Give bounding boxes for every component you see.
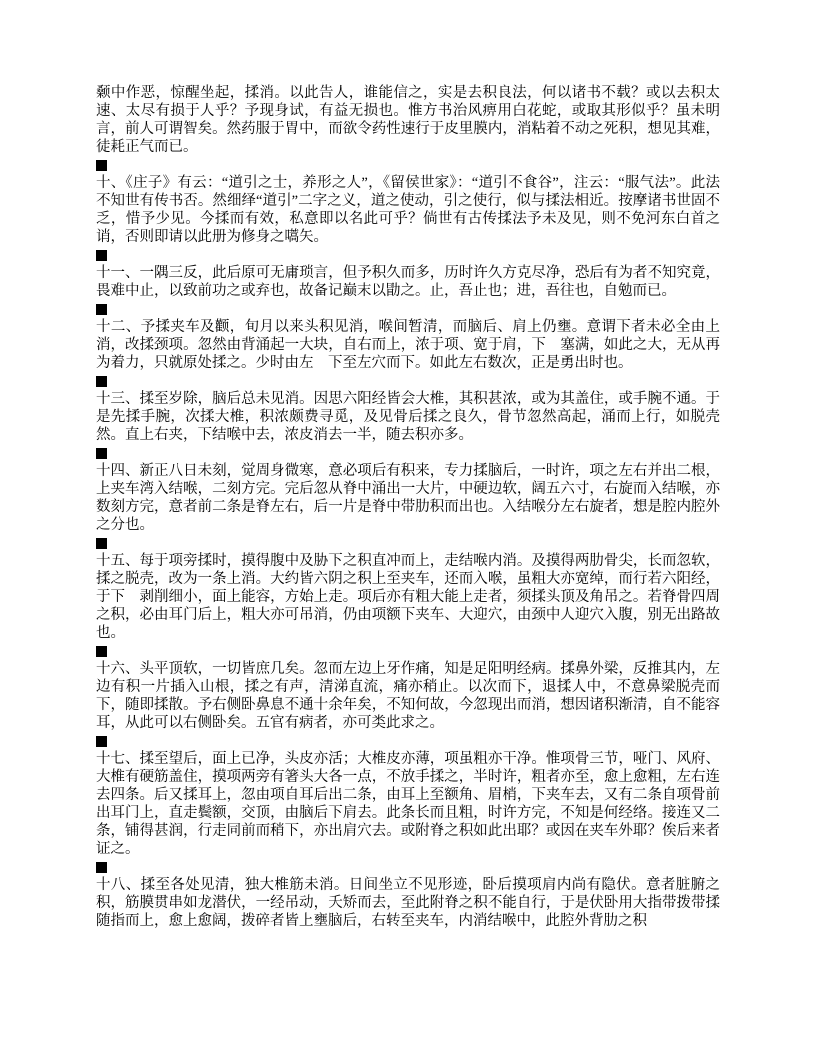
- section-break-square-icon: [96, 538, 107, 549]
- section-separator: [96, 642, 720, 660]
- document-page: 颡中作恶，惊醒坐起，揉消。以此告人，谁能信之，实是去积良法，何以诸书不载？或以去…: [0, 0, 816, 1056]
- section-break-square-icon: [96, 304, 107, 315]
- section-separator: [96, 858, 720, 876]
- paragraph: 十七、揉至望后，面上已净，头皮亦活；大椎皮亦薄，项虽粗亦干净。惟项骨三节，哑门、…: [96, 750, 720, 858]
- paragraph: 十二、予揉夹车及颧，旬月以来头积见消，喉间暂清，而脑后、肩上仍壅。意谓下者未必全…: [96, 318, 720, 372]
- section-break-square-icon: [96, 862, 107, 873]
- section-break-square-icon: [96, 646, 107, 657]
- section-break-square-icon: [96, 448, 107, 459]
- paragraph: 十四、新正八日未刻，觉周身微寒，意必项后有积来，专力揉脑后，一时许，项之左右并出…: [96, 462, 720, 534]
- section-separator: [96, 372, 720, 390]
- paragraph: 十一、一隅三反，此后原可无庸琐言，但予积久而多，历时许久方克尽净，恐后有为者不知…: [96, 264, 720, 300]
- paragraph: 十五、每于项旁揉时，摸得腹中及胁下之积直冲而上，走结喉内消。及摸得两肋骨尖，长而…: [96, 552, 720, 642]
- paragraph: 十八、揉至各处见清，独大椎筋未消。日间坐立不见形迹，卧后摸项肩内尚有隐伏。意者脏…: [96, 876, 720, 930]
- section-break-square-icon: [96, 250, 107, 261]
- section-break-square-icon: [96, 376, 107, 387]
- section-separator: [96, 156, 720, 174]
- document-content: 颡中作恶，惊醒坐起，揉消。以此告人，谁能信之，实是去积良法，何以诸书不载？或以去…: [96, 84, 720, 930]
- section-separator: [96, 300, 720, 318]
- section-separator: [96, 732, 720, 750]
- section-separator: [96, 246, 720, 264]
- section-separator: [96, 534, 720, 552]
- section-break-square-icon: [96, 736, 107, 747]
- section-separator: [96, 444, 720, 462]
- paragraph: 十三、揉至岁除，脑后总未见消。因思六阳经皆会大椎，其积甚浓，或为其盖住，或手腕不…: [96, 390, 720, 444]
- section-break-square-icon: [96, 160, 107, 171]
- paragraph: 颡中作恶，惊醒坐起，揉消。以此告人，谁能信之，实是去积良法，何以诸书不载？或以去…: [96, 84, 720, 156]
- paragraph: 十、《庄子》有云：“道引之士，养形之人”，《留侯世家》：“道引不食谷”，注云：“…: [96, 174, 720, 246]
- paragraph: 十六、头平顶软，一切皆庶几矣。忽而左边上牙作痛，知是足阳明经病。揉鼻外梁，反推其…: [96, 660, 720, 732]
